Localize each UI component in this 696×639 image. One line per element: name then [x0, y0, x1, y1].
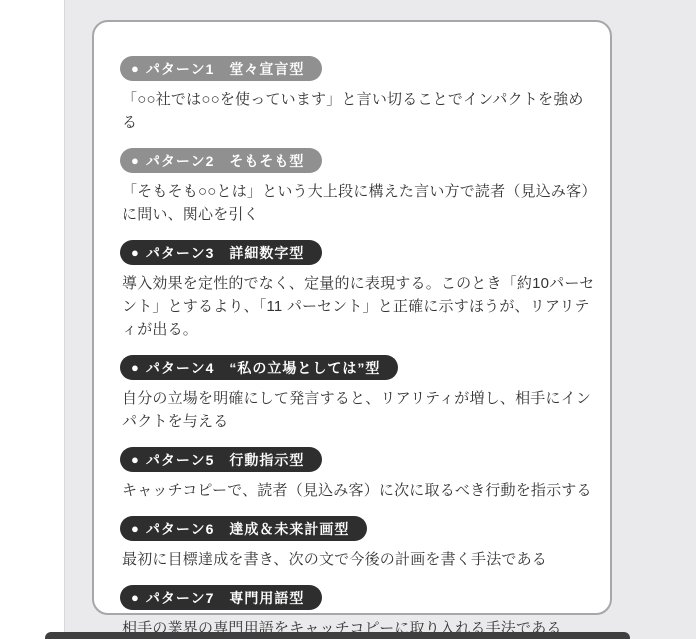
pattern-label-text: パターン7 専門用語型 — [146, 588, 305, 608]
pattern-section: ●パターン7 専門用語型 相手の業界の専門用語をキャッチコピーに取り入れる手法で… — [120, 585, 590, 639]
bullet-circle-icon: ● — [131, 154, 140, 167]
pattern-description: 「そもそも○○とは」という大上段に構えた言い方で読者（見込み客）に問い、関心を引… — [122, 180, 598, 226]
pattern-section: ●パターン6 達成＆未来計画型 最初に目標達成を書き、次の文で今後の計画を書く手… — [120, 516, 590, 571]
pattern-label-text: パターン1 堂々宣言型 — [146, 59, 305, 79]
pattern-label: ●パターン1 堂々宣言型 — [120, 56, 322, 81]
pattern-description: 最初に目標達成を書き、次の文で今後の計画を書く手法である — [122, 548, 598, 571]
bottom-dark-strip — [45, 632, 630, 639]
pattern-label-text: パターン5 行動指示型 — [146, 450, 305, 470]
pattern-label-text: パターン4 “私の立場としては”型 — [146, 358, 381, 378]
pattern-section: ●パターン4 “私の立場としては”型 自分の立場を明確にして発言すると、リアリテ… — [120, 355, 590, 433]
pattern-label-text: パターン6 達成＆未来計画型 — [146, 519, 350, 539]
pattern-label-text: パターン2 そもそも型 — [146, 151, 305, 171]
bullet-circle-icon: ● — [131, 591, 140, 604]
pattern-section: ●パターン1 堂々宣言型 「○○社では○○を使っています」と言い切ることでインパ… — [120, 56, 590, 134]
pattern-description: 「○○社では○○を使っています」と言い切ることでインパクトを強める — [122, 88, 598, 134]
bullet-circle-icon: ● — [131, 522, 140, 535]
bullet-circle-icon: ● — [131, 62, 140, 75]
pattern-description: 導入効果を定性的でなく、定量的に表現する。このとき「約10パーセント」とするより… — [122, 272, 598, 341]
pattern-section: ●パターン2 そもそも型 「そもそも○○とは」という大上段に構えた言い方で読者（… — [120, 148, 590, 226]
pattern-label: ●パターン6 達成＆未来計画型 — [120, 516, 367, 541]
pattern-section: ●パターン5 行動指示型 キャッチコピーで、読者（見込み客）に次に取るべき行動を… — [120, 447, 590, 502]
pattern-section: ●パターン3 詳細数字型 導入効果を定性的でなく、定量的に表現する。このとき「約… — [120, 240, 590, 341]
pattern-description: キャッチコピーで、読者（見込み客）に次に取るべき行動を指示する — [122, 479, 598, 502]
pattern-label: ●パターン5 行動指示型 — [120, 447, 322, 472]
patterns-card: ●パターン1 堂々宣言型 「○○社では○○を使っています」と言い切ることでインパ… — [92, 20, 612, 615]
pattern-label: ●パターン2 そもそも型 — [120, 148, 322, 173]
bullet-circle-icon: ● — [131, 453, 140, 466]
bullet-circle-icon: ● — [131, 246, 140, 259]
bullet-circle-icon: ● — [131, 361, 140, 374]
pattern-label-text: パターン3 詳細数字型 — [146, 243, 305, 263]
pattern-label: ●パターン3 詳細数字型 — [120, 240, 322, 265]
pattern-description: 自分の立場を明確にして発言すると、リアリティが増し、相手にインパクトを与える — [122, 387, 598, 433]
pattern-label: ●パターン7 専門用語型 — [120, 585, 322, 610]
pattern-label: ●パターン4 “私の立場としては”型 — [120, 355, 398, 380]
